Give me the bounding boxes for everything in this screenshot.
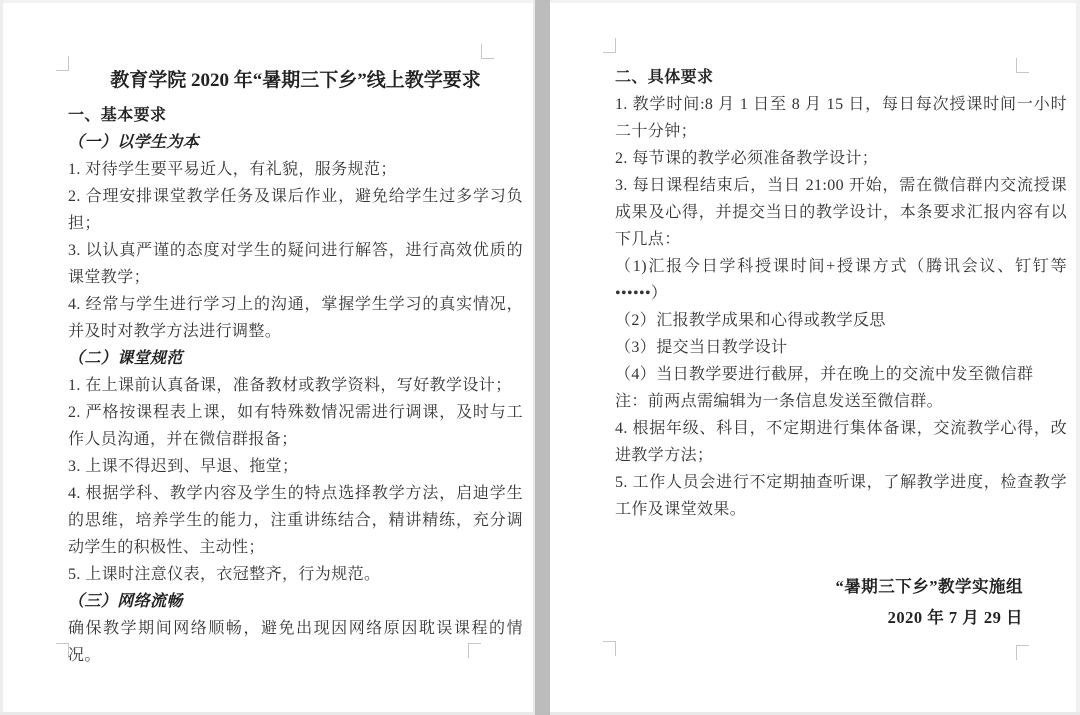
document-title: 教育学院 2020 年“暑期三下乡”线上教学要求 [68, 64, 523, 98]
doc-paragraph: 2. 每节课的教学必须准备教学设计； [615, 145, 1067, 172]
section-heading: 一、基本要求 [68, 102, 523, 129]
doc-paragraph: 1. 教学时间:8 月 1 日至 8 月 15 日，每日每次授课时间一小时二十分… [615, 91, 1067, 145]
doc-list-item: （4）当日教学要进行截屏，并在晚上的交流中发至微信群 [615, 361, 1067, 388]
doc-paragraph: 1. 在上课前认真备课，准备教材或教学资料，写好教学设计； [68, 372, 523, 399]
doc-paragraph: 1. 对待学生要平易近人，有礼貌，服务规范； [68, 156, 523, 183]
doc-paragraph: 5. 工作人员会进行不定期抽查听课，了解教学进度，检查教学工作及课堂效果。 [615, 469, 1067, 523]
crop-mark-bottom-left-page2 [603, 641, 616, 656]
doc-paragraph: 4. 根据年级、科目，不定期进行集体备课，交流教学心得，改进教学方法； [615, 415, 1067, 469]
page-gap-divider [533, 0, 550, 715]
doc-list-item: （2）汇报教学成果和心得或教学反思 [615, 307, 1067, 334]
document-page-1: 教育学院 2020 年“暑期三下乡”线上教学要求 一、基本要求 （一）以学生为本… [68, 64, 523, 669]
crop-mark-top-left-page2 [603, 38, 616, 53]
page-right-edge [1076, 0, 1080, 715]
doc-list-item: （3）提交当日教学设计 [615, 334, 1067, 361]
subsection-heading: （三）网络流畅 [68, 588, 523, 615]
doc-note: 注：前两点需编辑为一条信息发送至微信群。 [615, 388, 1067, 415]
doc-paragraph: 3. 上课不得迟到、早退、拖堂； [68, 453, 523, 480]
signature-block: “暑期三下乡”教学实施组 2020 年 7 月 29 日 [615, 571, 1067, 633]
document-page-2: 二、具体要求 1. 教学时间:8 月 1 日至 8 月 15 日，每日每次授课时… [615, 64, 1067, 633]
crop-mark-top-right-page1 [481, 44, 494, 59]
doc-paragraph: 3. 以认真严谨的态度对学生的疑问进行解答，进行高效优质的课堂教学； [68, 237, 523, 291]
crop-mark-bottom-right-page2 [1016, 645, 1029, 660]
subsection-heading: （一）以学生为本 [68, 129, 523, 156]
signature-date: 2020 年 7 月 29 日 [615, 602, 1023, 633]
doc-paragraph: 4. 经常与学生进行学习上的沟通，掌握学生学习的真实情况，并及时对教学方法进行调… [68, 291, 523, 345]
doc-paragraph: 4. 根据学科、教学内容及学生的特点选择教学方法，启迪学生的思维，培养学生的能力… [68, 480, 523, 561]
section-heading: 二、具体要求 [615, 64, 1067, 91]
doc-paragraph: 确保教学期间网络顺畅，避免出现因网络原因耽误课程的情况。 [68, 615, 523, 669]
signature-org: “暑期三下乡”教学实施组 [615, 571, 1023, 602]
subsection-heading: （二）课堂规范 [68, 345, 523, 372]
doc-paragraph: 2. 合理安排课堂教学任务及课后作业，避免给学生过多学习负担； [68, 183, 523, 237]
doc-list-item: （1)汇报今日学科授课时间+授课方式（腾讯会议、钉钉等 ••••••） [615, 253, 1067, 307]
doc-paragraph: 5. 上课时注意仪表，衣冠整齐，行为规范。 [68, 561, 523, 588]
page-left-edge [0, 0, 3, 715]
doc-paragraph: 3. 每日课程结束后，当日 21:00 开始，需在微信群内交流授课成果及心得，并… [615, 172, 1067, 253]
doc-paragraph: 2. 严格按课程表上课，如有特殊数情况需进行调课，及时与工作人员沟通，并在微信群… [68, 399, 523, 453]
